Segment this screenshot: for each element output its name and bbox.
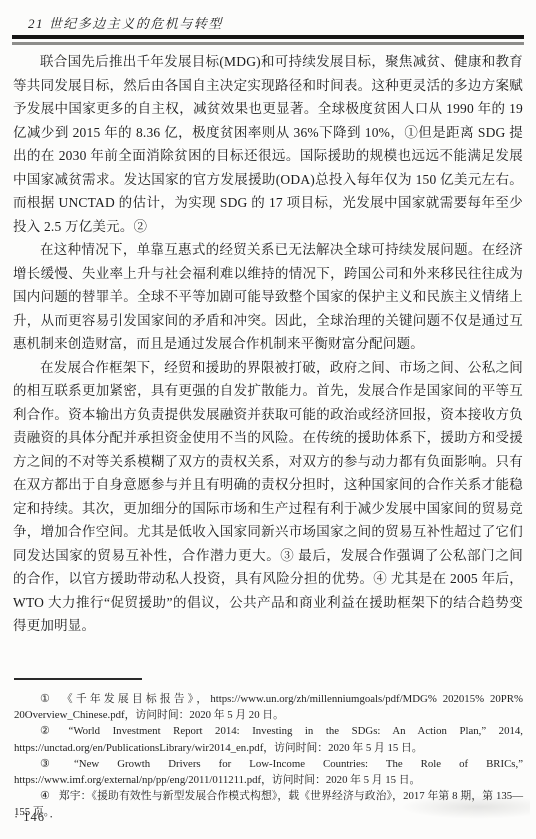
footnote-4-text: 郑宇：《援助有效性与新型发展合作模式构想》，载《世界经济与政治》，2017 年第…: [14, 790, 523, 818]
footnote-1-text: 《千年发展目标报告》，https://www.un.org/zh/millenn…: [14, 693, 523, 721]
footnote-1-marker: ①: [40, 693, 53, 705]
page-number: · 146 ·: [14, 810, 54, 825]
footnote-separator: [14, 678, 142, 680]
document-page: 21 世纪多边主义的危机与转型 联合国先后推出千年发展目标(MDG)和可持续发展…: [0, 0, 536, 839]
footnote-2: ②“World Investment Report 2014: Investin…: [14, 723, 523, 755]
footnote-3-marker: ③: [40, 758, 65, 770]
paragraph-1: 联合国先后推出千年发展目标(MDG)和可持续发展目标，聚焦减贫、健康和教育等共同…: [13, 50, 523, 238]
header-rule-thick: [12, 35, 524, 39]
footnote-1: ①《千年发展目标报告》，https://www.un.org/zh/millen…: [14, 691, 523, 723]
footnote-3: ③“New Growth Drivers for Low-Income Coun…: [14, 756, 523, 788]
footnote-4: ④郑宇：《援助有效性与新型发展合作模式构想》，载《世界经济与政治》，2017 年…: [14, 788, 523, 820]
header-rule-thin: [12, 42, 524, 45]
footnote-2-text: “World Investment Report 2014: Investing…: [14, 725, 523, 753]
footnotes: ①《千年发展目标报告》，https://www.un.org/zh/millen…: [14, 691, 523, 821]
footnote-4-marker: ④: [40, 790, 50, 802]
body-text: 联合国先后推出千年发展目标(MDG)和可持续发展目标，聚焦减贫、健康和教育等共同…: [13, 50, 523, 638]
footnote-3-text: “New Growth Drivers for Low-Income Count…: [14, 758, 523, 786]
footnote-2-marker: ②: [40, 725, 60, 737]
running-head-title: 21 世纪多边主义的危机与转型: [28, 13, 522, 32]
paragraph-3: 在发展合作框架下，经贸和援助的界限被打破，政府之间、市场之间、公私之间的相互联系…: [13, 356, 523, 638]
paragraph-2: 在这种情况下，单靠互惠式的经贸关系已无法解决全球可持续发展问题。在经济增长缓慢、…: [13, 238, 523, 356]
